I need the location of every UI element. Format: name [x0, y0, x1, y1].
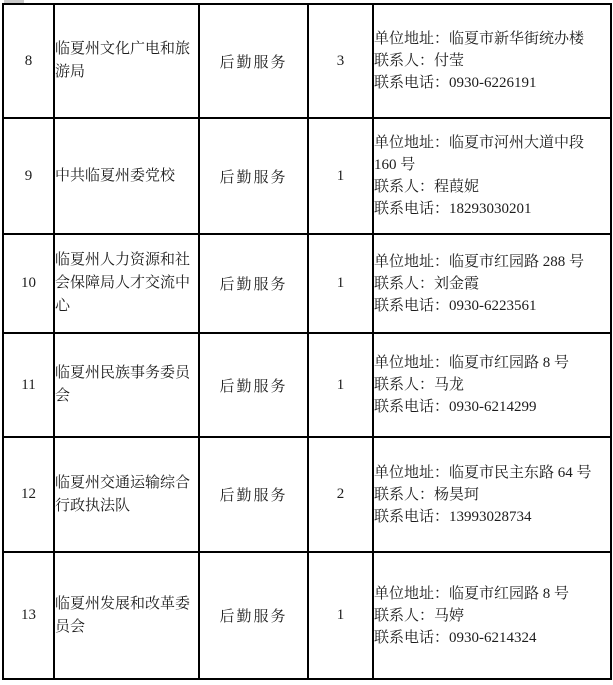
count-cell: 1: [308, 333, 373, 437]
org-name-cell: 临夏州发展和改革委员会: [54, 552, 199, 679]
contact-value: 刘金霞: [434, 276, 479, 292]
contact-label: 联系人：: [374, 276, 434, 292]
org-name: 临夏州发展和改革委员会: [55, 596, 190, 635]
org-name-cell: 临夏州交通运输综合行政执法队: [54, 437, 199, 552]
contact-label: 联系人：: [374, 53, 434, 69]
service-type-cell: 后勤服务: [199, 333, 308, 437]
contact-details-cell: 单位地址：临夏市河州大道中段 160 号 联系人：程葭妮 联系电话：182930…: [373, 118, 611, 234]
contact-value: 付莹: [434, 53, 464, 69]
phone-value: 13993028734: [449, 509, 532, 525]
phone-line: 联系电话：18293030201: [374, 198, 610, 220]
row-number: 12: [21, 486, 36, 502]
address-line: 单位地址：临夏市红园路 8 号: [374, 352, 610, 374]
address-label: 单位地址：: [374, 465, 449, 481]
service-type: 后勤服务: [219, 55, 287, 71]
address-line: 单位地址：临夏市红园路 8 号: [374, 583, 610, 605]
row-number-cell: 13: [3, 552, 54, 679]
phone-value: 0930-6214299: [449, 399, 537, 415]
contact-label: 联系人：: [374, 179, 434, 195]
address-value: 临夏市新华街统办楼: [449, 31, 584, 47]
address-value: 临夏市红园路 288 号: [449, 254, 584, 270]
org-name-cell: 临夏州文化广电和旅游局: [54, 4, 199, 118]
phone-value: 0930-6226191: [449, 75, 537, 91]
address-label: 单位地址：: [374, 355, 449, 371]
address-label: 单位地址：: [374, 254, 449, 270]
contact-details-cell: 单位地址：临夏市新华街统办楼 联系人：付莹 联系电话：0930-6226191: [373, 4, 611, 118]
service-type: 后勤服务: [219, 277, 287, 293]
contact-label: 联系人：: [374, 377, 434, 393]
row-number: 8: [25, 53, 33, 69]
org-name: 临夏州民族事务委员会: [55, 365, 190, 404]
count-cell: 1: [308, 118, 373, 234]
contact-value: 马婷: [434, 608, 464, 624]
count-value: 3: [337, 53, 345, 69]
org-name: 中共临夏州委党校: [55, 168, 175, 184]
phone-line: 联系电话：0930-6223561: [374, 295, 610, 317]
phone-line: 联系电话：0930-6226191: [374, 72, 610, 94]
recruitment-units-table: 8 临夏州文化广电和旅游局 后勤服务 3 单位地址：临夏市新华街统办楼 联系人：…: [2, 3, 612, 680]
count-value: 1: [337, 275, 345, 291]
org-name: 临夏州交通运输综合行政执法队: [55, 475, 190, 514]
row-number-cell: 12: [3, 437, 54, 552]
contact-details-cell: 单位地址：临夏市红园路 8 号 联系人：马龙 联系电话：0930-6214299: [373, 333, 611, 437]
phone-line: 联系电话：0930-6214324: [374, 627, 610, 649]
org-name: 临夏州人力资源和社会保障局人才交流中心: [55, 252, 190, 314]
org-name-cell: 临夏州人力资源和社会保障局人才交流中心: [54, 234, 199, 333]
org-name: 临夏州文化广电和旅游局: [55, 41, 190, 80]
contact-label: 联系人：: [374, 487, 434, 503]
address-value: 临夏市红园路 8 号: [449, 586, 569, 602]
table-row: 9 中共临夏州委党校 后勤服务 1 单位地址：临夏市河州大道中段 160 号 联…: [3, 118, 611, 234]
service-type-cell: 后勤服务: [199, 437, 308, 552]
row-number: 10: [21, 275, 36, 291]
address-line: 单位地址：临夏市新华街统办楼: [374, 28, 610, 50]
row-number-cell: 11: [3, 333, 54, 437]
count-value: 1: [337, 607, 345, 623]
service-type-cell: 后勤服务: [199, 4, 308, 118]
phone-label: 联系电话：: [374, 630, 449, 646]
service-type: 后勤服务: [219, 379, 287, 395]
contact-details-cell: 单位地址：临夏市红园路 8 号 联系人：马婷 联系电话：0930-6214324: [373, 552, 611, 679]
table-row: 8 临夏州文化广电和旅游局 后勤服务 3 单位地址：临夏市新华街统办楼 联系人：…: [3, 4, 611, 118]
table-row: 13 临夏州发展和改革委员会 后勤服务 1 单位地址：临夏市红园路 8 号 联系…: [3, 552, 611, 679]
address-label: 单位地址：: [374, 586, 449, 602]
contact-details-cell: 单位地址：临夏市民主东路 64 号 联系人：杨昊珂 联系电话：139930287…: [373, 437, 611, 552]
service-type-cell: 后勤服务: [199, 552, 308, 679]
phone-value: 18293030201: [449, 201, 532, 217]
row-number-cell: 8: [3, 4, 54, 118]
phone-label: 联系电话：: [374, 509, 449, 525]
service-type: 后勤服务: [219, 488, 287, 504]
service-type-cell: 后勤服务: [199, 118, 308, 234]
table-row: 10 临夏州人力资源和社会保障局人才交流中心 后勤服务 1 单位地址：临夏市红园…: [3, 234, 611, 333]
phone-label: 联系电话：: [374, 399, 449, 415]
phone-value: 0930-6214324: [449, 630, 537, 646]
address-label: 单位地址：: [374, 31, 449, 47]
service-type: 后勤服务: [219, 170, 287, 186]
row-number-cell: 9: [3, 118, 54, 234]
contact-line: 联系人：马婷: [374, 605, 610, 627]
address-value: 临夏市民主东路 64 号: [449, 465, 592, 481]
count-cell: 2: [308, 437, 373, 552]
phone-label: 联系电话：: [374, 201, 449, 217]
table-row: 11 临夏州民族事务委员会 后勤服务 1 单位地址：临夏市红园路 8 号 联系人…: [3, 333, 611, 437]
service-type: 后勤服务: [219, 609, 287, 625]
contact-line: 联系人：马龙: [374, 374, 610, 396]
phone-value: 0930-6223561: [449, 298, 537, 314]
phone-line: 联系电话：13993028734: [374, 506, 610, 528]
phone-label: 联系电话：: [374, 298, 449, 314]
count-cell: 1: [308, 234, 373, 333]
count-value: 2: [337, 486, 345, 502]
table-row: 12 临夏州交通运输综合行政执法队 后勤服务 2 单位地址：临夏市民主东路 64…: [3, 437, 611, 552]
address-line: 单位地址：临夏市红园路 288 号: [374, 251, 610, 273]
address-line: 单位地址：临夏市民主东路 64 号: [374, 462, 610, 484]
phone-line: 联系电话：0930-6214299: [374, 396, 610, 418]
address-label: 单位地址：: [374, 135, 449, 151]
contact-details-cell: 单位地址：临夏市红园路 288 号 联系人：刘金霞 联系电话：0930-6223…: [373, 234, 611, 333]
contact-value: 马龙: [434, 377, 464, 393]
row-number: 9: [25, 168, 33, 184]
contact-value: 杨昊珂: [434, 487, 479, 503]
contact-line: 联系人：刘金霞: [374, 273, 610, 295]
row-number-cell: 10: [3, 234, 54, 333]
org-name-cell: 中共临夏州委党校: [54, 118, 199, 234]
count-cell: 3: [308, 4, 373, 118]
count-value: 1: [337, 377, 345, 393]
phone-label: 联系电话：: [374, 75, 449, 91]
service-type-cell: 后勤服务: [199, 234, 308, 333]
count-cell: 1: [308, 552, 373, 679]
table-body: 8 临夏州文化广电和旅游局 后勤服务 3 单位地址：临夏市新华街统办楼 联系人：…: [3, 4, 611, 679]
row-number: 13: [21, 607, 36, 623]
contact-label: 联系人：: [374, 608, 434, 624]
contact-value: 程葭妮: [434, 179, 479, 195]
row-number: 11: [21, 377, 35, 393]
count-value: 1: [337, 168, 345, 184]
org-name-cell: 临夏州民族事务委员会: [54, 333, 199, 437]
address-value: 临夏市红园路 8 号: [449, 355, 569, 371]
contact-line: 联系人：程葭妮: [374, 176, 610, 198]
document-page: 8 临夏州文化广电和旅游局 后勤服务 3 单位地址：临夏市新华街统办楼 联系人：…: [0, 0, 613, 685]
contact-line: 联系人：杨昊珂: [374, 484, 610, 506]
address-line: 单位地址：临夏市河州大道中段 160 号: [374, 132, 610, 176]
contact-line: 联系人：付莹: [374, 50, 610, 72]
